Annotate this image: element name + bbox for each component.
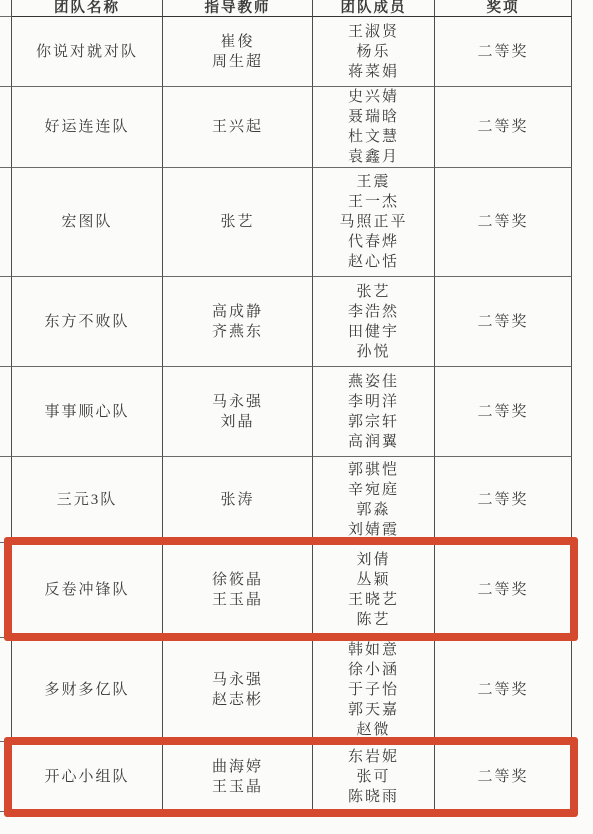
left-sliver-cell bbox=[0, 543, 12, 638]
table-header-row: 团队名称 指导教师 团队成员 奖项 bbox=[0, 0, 593, 17]
table-row: 你说对就对队 崔俊 周生超 王淑贤 杨乐 蒋菜娟 二等奖 bbox=[0, 17, 593, 87]
teacher-cell: 张涛 bbox=[163, 457, 313, 543]
team-name-cell: 多财多亿队 bbox=[12, 638, 163, 742]
team-name-cell: 东方不败队 bbox=[12, 277, 163, 367]
table-row: 好运连连队 王兴起 史兴婧 聂瑞晗 杜文慧 袁鑫月 二等奖 bbox=[0, 87, 593, 168]
left-sliver-cell bbox=[0, 168, 12, 277]
teacher-cell: 张艺 bbox=[163, 168, 313, 277]
teacher-cell: 崔俊 周生超 bbox=[163, 17, 313, 87]
members-cell: 郭骐恺 辛宛庭 郭淼 刘婧霞 bbox=[313, 457, 435, 543]
award-cell: 二等奖 bbox=[435, 87, 572, 168]
team-name-cell: 好运连连队 bbox=[12, 87, 163, 168]
teacher-cell: 徐筱晶 王玉晶 bbox=[163, 543, 313, 638]
team-name-cell: 开心小组队 bbox=[12, 742, 163, 812]
award-cell: 二等奖 bbox=[435, 543, 572, 638]
teacher-cell: 高成静 齐燕东 bbox=[163, 277, 313, 367]
table-row: 东方不败队 高成静 齐燕东 张艺 李浩然 田健宇 孙悦 二等奖 bbox=[0, 277, 593, 367]
members-cell: 燕姿佳 李明洋 郭宗轩 高润翼 bbox=[313, 367, 435, 457]
award-table: 团队名称 指导教师 团队成员 奖项 你说对就对队 崔俊 周生超 王淑贤 杨乐 蒋… bbox=[0, 0, 593, 812]
header-team-name: 团队名称 bbox=[12, 0, 163, 17]
table-row: 多财多亿队 马永强 赵志彬 韩如意 徐小涵 于子怡 郭天嘉 赵微 二等奖 bbox=[0, 638, 593, 742]
header-teacher: 指导教师 bbox=[163, 0, 313, 17]
members-cell: 张艺 李浩然 田健宇 孙悦 bbox=[313, 277, 435, 367]
header-award: 奖项 bbox=[435, 0, 572, 17]
left-sliver-cell bbox=[0, 0, 12, 17]
members-cell: 韩如意 徐小涵 于子怡 郭天嘉 赵微 bbox=[313, 638, 435, 742]
left-sliver-cell bbox=[0, 742, 12, 812]
table-row: 三元3队 张涛 郭骐恺 辛宛庭 郭淼 刘婧霞 二等奖 bbox=[0, 457, 593, 543]
members-cell: 王淑贤 杨乐 蒋菜娟 bbox=[313, 17, 435, 87]
members-cell: 史兴婧 聂瑞晗 杜文慧 袁鑫月 bbox=[313, 87, 435, 168]
award-cell: 二等奖 bbox=[435, 17, 572, 87]
members-cell: 王震 王一杰 马照正平 代春烨 赵心恬 bbox=[313, 168, 435, 277]
members-cell: 刘倩 丛颖 王晓艺 陈艺 bbox=[313, 543, 435, 638]
award-cell: 二等奖 bbox=[435, 638, 572, 742]
award-cell: 二等奖 bbox=[435, 367, 572, 457]
team-name-cell: 三元3队 bbox=[12, 457, 163, 543]
table-row-highlighted: 开心小组队 曲海婷 王玉晶 东岩妮 张可 陈晓雨 二等奖 bbox=[0, 742, 593, 812]
teacher-cell: 曲海婷 王玉晶 bbox=[163, 742, 313, 812]
members-cell: 东岩妮 张可 陈晓雨 bbox=[313, 742, 435, 812]
team-name-cell: 宏图队 bbox=[12, 168, 163, 277]
left-sliver-cell bbox=[0, 367, 12, 457]
award-cell: 二等奖 bbox=[435, 742, 572, 812]
left-sliver-cell bbox=[0, 277, 12, 367]
team-name-cell: 你说对就对队 bbox=[12, 17, 163, 87]
teacher-cell: 马永强 刘晶 bbox=[163, 367, 313, 457]
award-cell: 二等奖 bbox=[435, 457, 572, 543]
left-sliver-cell bbox=[0, 638, 12, 742]
award-cell: 二等奖 bbox=[435, 277, 572, 367]
left-sliver-cell bbox=[0, 457, 12, 543]
award-cell: 二等奖 bbox=[435, 168, 572, 277]
teacher-cell: 马永强 赵志彬 bbox=[163, 638, 313, 742]
table-row: 事事顺心队 马永强 刘晶 燕姿佳 李明洋 郭宗轩 高润翼 二等奖 bbox=[0, 367, 593, 457]
table-row-highlighted: 反卷冲锋队 徐筱晶 王玉晶 刘倩 丛颖 王晓艺 陈艺 二等奖 bbox=[0, 543, 593, 638]
header-members: 团队成员 bbox=[313, 0, 435, 17]
left-sliver-cell bbox=[0, 87, 12, 168]
teacher-cell: 王兴起 bbox=[163, 87, 313, 168]
team-name-cell: 事事顺心队 bbox=[12, 367, 163, 457]
table-row: 宏图队 张艺 王震 王一杰 马照正平 代春烨 赵心恬 二等奖 bbox=[0, 168, 593, 277]
left-sliver-cell bbox=[0, 17, 12, 87]
team-name-cell: 反卷冲锋队 bbox=[12, 543, 163, 638]
